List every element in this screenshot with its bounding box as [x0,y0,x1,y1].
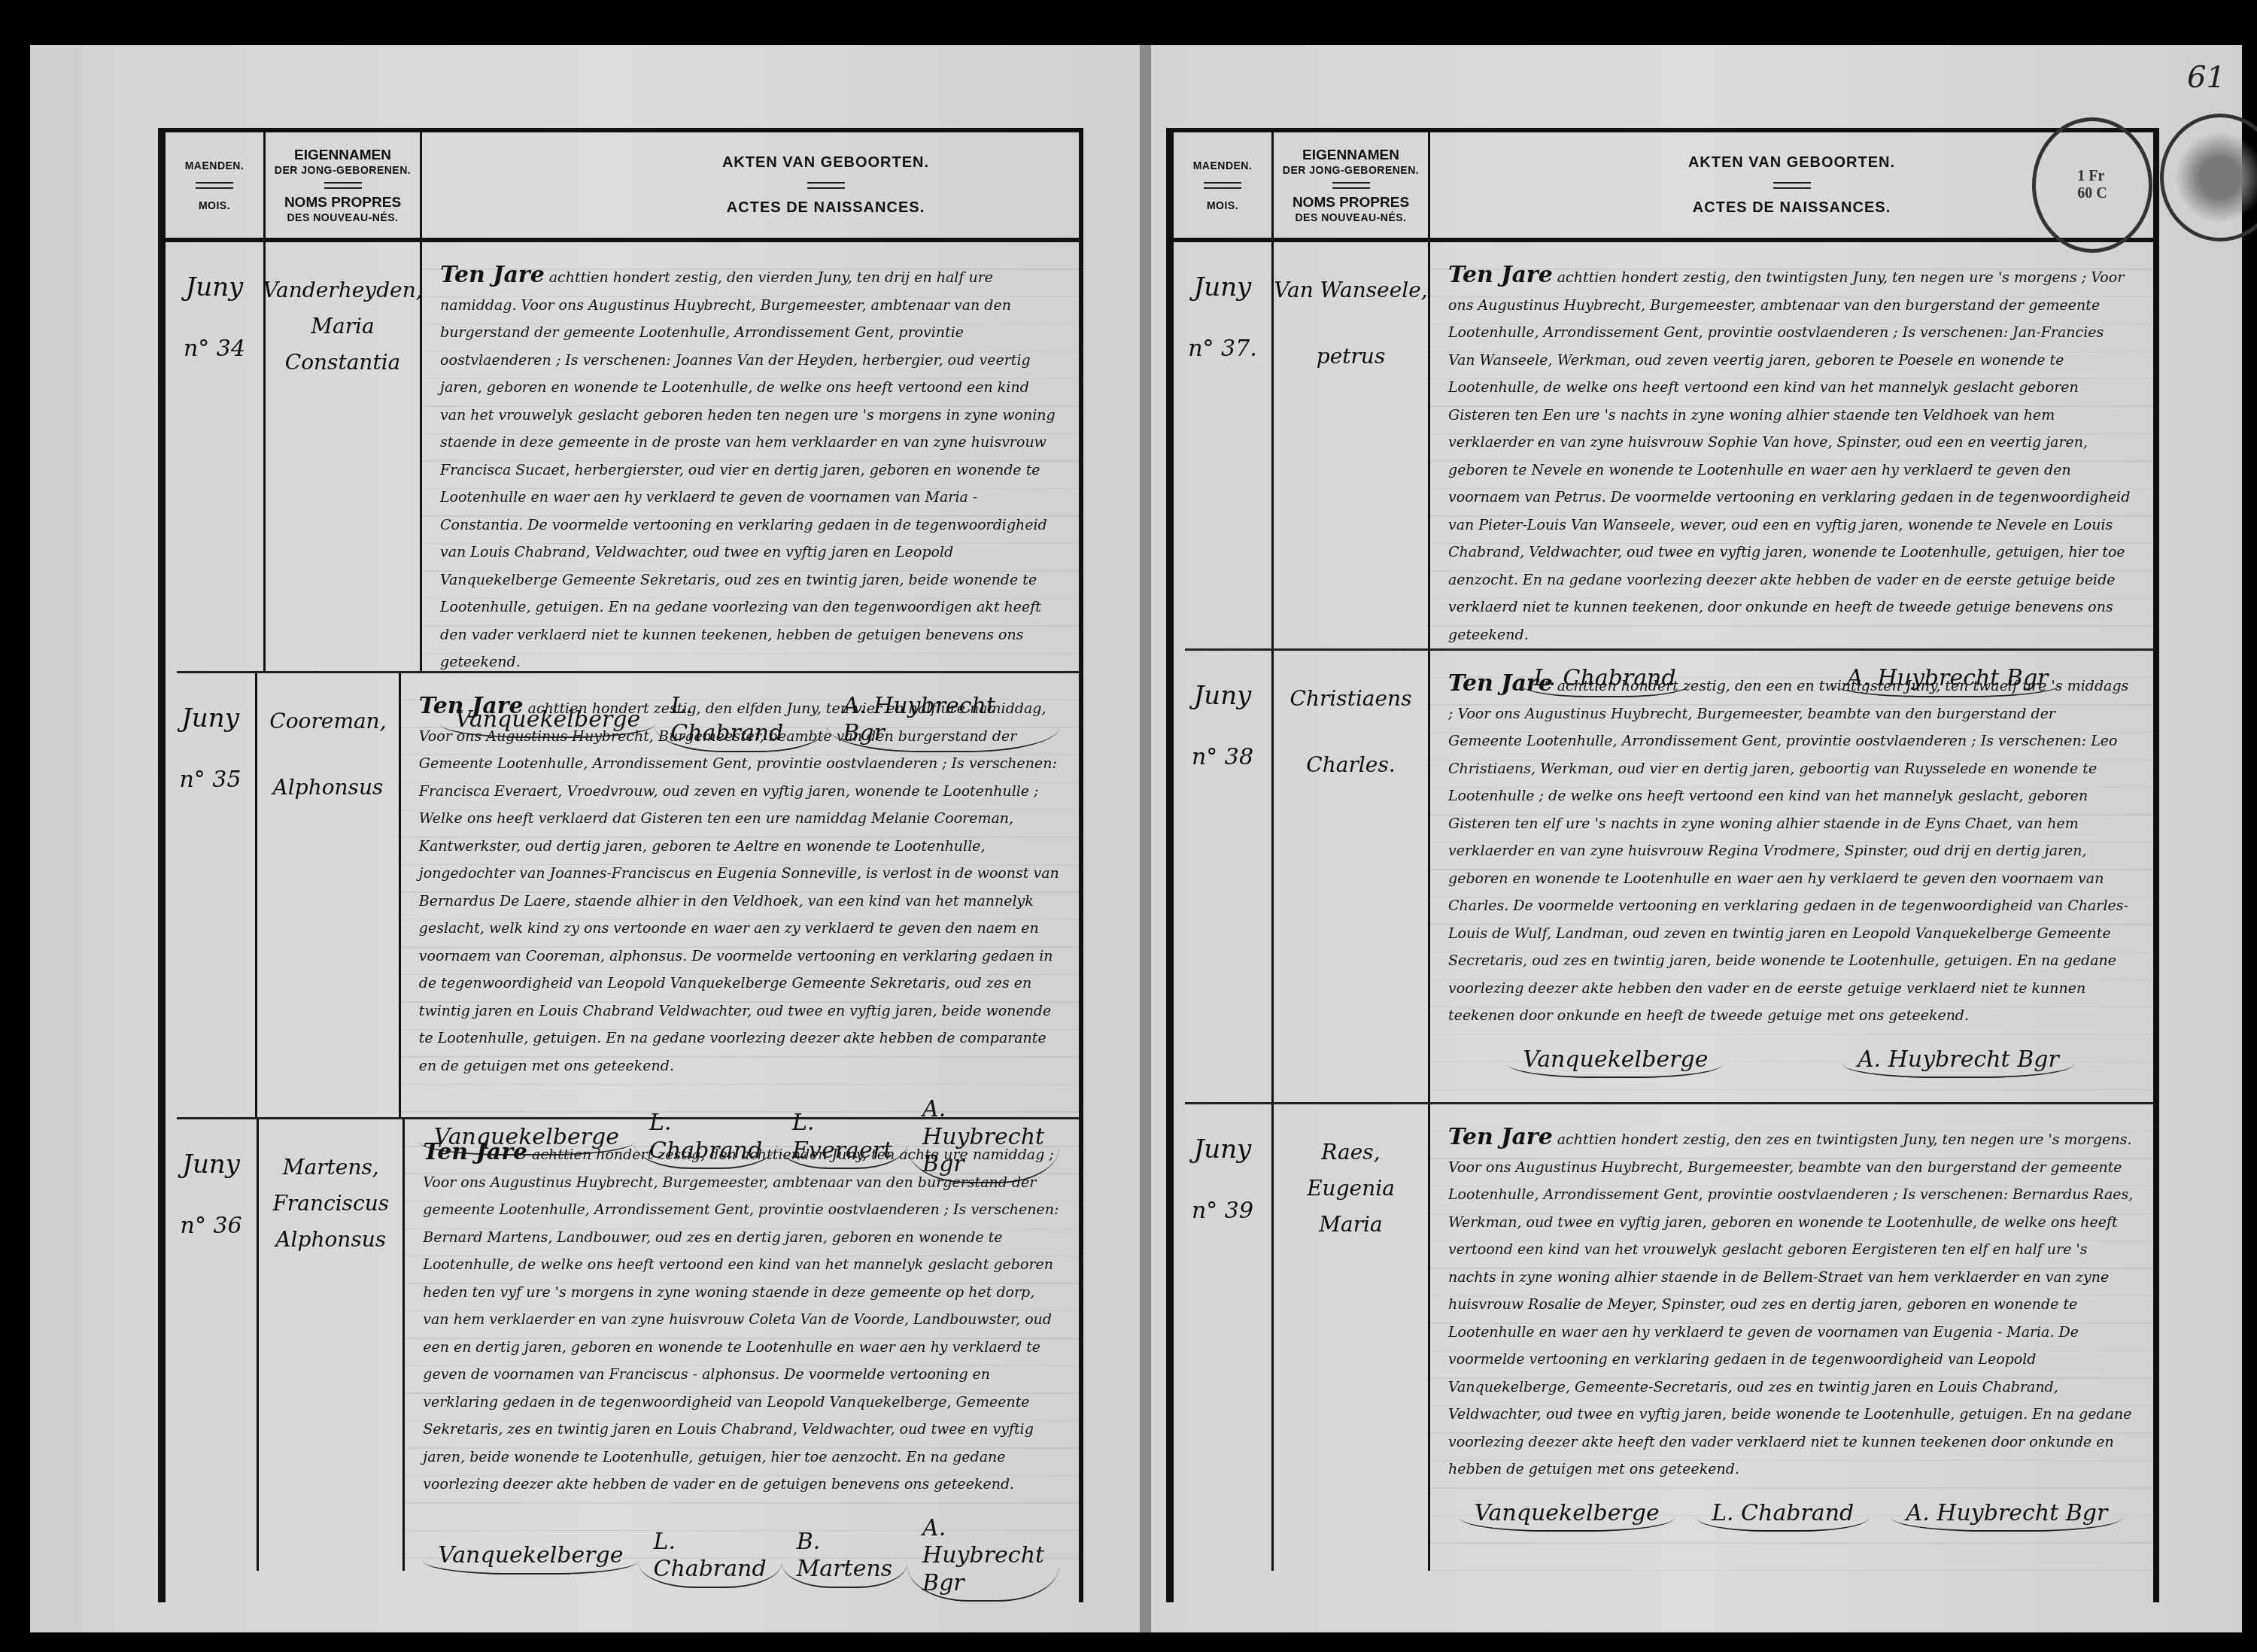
month-cell: Juny n° 36 [166,1119,259,1571]
divider [196,182,233,189]
given-name: petrus [1317,339,1386,375]
surname: Cooreman, [269,703,386,739]
header-names-fr-sub: DES NOUVEAU-NÉS. [287,211,398,223]
left-entries: Juny n° 34 Vanderheyden, Maria Constanti… [166,242,1079,1602]
month: Juny [1194,1134,1252,1165]
header-acts: AKTEN VAN GEBOORTEN. ACTES DE NAISSANCES… [1430,132,2153,238]
table-header: MAENDEN. MOIS. EIGENNAMEN DER JONG-GEBOR… [166,132,1079,242]
signatures: Vanquekelberge L. Chabrand A. Huybrecht … [1448,1497,2134,1532]
act-text: Ten Jare achttien hondert zestig, den ac… [405,1119,1079,1571]
act-text: Ten Jare achttien hondert zestig, den vi… [422,242,1079,671]
month-cell: Juny n° 37. [1174,242,1274,648]
divider [807,182,845,189]
signature: B. Martens [782,1526,907,1588]
record-number: n° 38 [1192,744,1253,770]
official-seal-icon [2160,114,2257,241]
birth-record: Juny n° 34 Vanderheyden, Maria Constanti… [166,242,1079,671]
act-lead: Ten Jare [1448,1124,1553,1150]
header-names: EIGENNAMEN DER JONG-GEBORENEN. NOMS PROP… [1274,132,1430,238]
signature: Vanquekelberge [1460,1497,1675,1532]
act-lead: Ten Jare [423,1139,527,1165]
header-month-fr: MOIS. [199,199,230,211]
signature: A. Huybrecht Bgr [907,1512,1059,1602]
act-lead: Ten Jare [419,693,524,719]
table-header: MAENDEN. MOIS. EIGENNAMEN DER JONG-GEBOR… [1174,132,2153,242]
birth-record: Juny n° 35 Cooreman, Alphonsus Ten Jare … [166,673,1079,1117]
month: Juny [1194,272,1252,302]
record-number: n° 37. [1188,336,1257,362]
month: Juny [181,703,239,733]
divider [1204,182,1241,189]
record-number: n° 34 [184,336,245,362]
tax-stamp-icon: 1 Fr60 C [2032,117,2152,253]
act-body: achttien hondert zestig, den elfden Juny… [419,700,1059,1074]
act-body: achttien hondert zestig, den achttienden… [423,1146,1059,1493]
names-cell: Vanderheyden, Maria Constantia [266,242,422,671]
act-text: Ten Jare achttien hondert zestig, den ee… [1430,651,2153,1102]
act-lead: Ten Jare [1448,670,1553,697]
register-book: MAENDEN. MOIS. EIGENNAMEN DER JONG-GEBOR… [30,45,2242,1632]
act-body: achttien hondert zestig, den vierden Jun… [440,269,1056,670]
act-text: Ten Jare achttien hondert zestig, den tw… [1430,242,2153,648]
left-register-table: MAENDEN. MOIS. EIGENNAMEN DER JONG-GEBOR… [158,128,1083,1602]
given-name: Constantia [285,345,401,381]
header-names-fr: NOMS PROPRES [284,195,401,211]
signature: A. Huybrecht Bgr [1842,1043,2074,1079]
record-number: n° 36 [181,1213,242,1239]
month-cell: Juny n° 34 [166,242,266,671]
act-body: achttien hondert zestig, den twintigsten… [1448,269,2130,643]
record-number: n° 35 [180,767,241,793]
month-cell: Juny n° 39 [1174,1104,1274,1571]
month: Juny [186,272,244,302]
names-cell: Cooreman, Alphonsus [257,673,401,1117]
signature: L. Chabrand [639,1526,782,1588]
header-month: MAENDEN. MOIS. [166,132,266,238]
surname: Martens, [283,1149,379,1186]
given-name: Franciscus [272,1186,389,1222]
surname: Christiaens [1289,681,1411,717]
header-names-nl: EIGENNAMEN [294,147,391,164]
given-name: Alphonsus [273,770,384,806]
divider [324,182,362,189]
header-acts-nl: AKTEN VAN GEBOORTEN. [1688,154,1895,172]
header-month-nl: MAENDEN. [185,159,245,172]
act-text: Ten Jare achttien hondert zestig, den el… [401,673,1079,1117]
header-acts: AKTEN VAN GEBOORTEN. ACTES DE NAISSANCES… [422,132,1079,238]
divider [1332,182,1370,189]
birth-record: Juny n° 37. Van Wanseele, petrus Ten Jar… [1174,242,2153,648]
given-name: Maria [311,308,374,345]
birth-record: Juny n° 39 Raes, Eugenia Maria Ten Jare … [1174,1104,2153,1571]
header-acts-nl: AKTEN VAN GEBOORTEN. [722,154,929,172]
header-names-nl: EIGENNAMEN [1302,147,1399,164]
given-name: Maria [1319,1207,1382,1243]
surname: Vanderheyden, [263,272,422,308]
names-cell: Martens, Franciscus Alphonsus [259,1119,405,1571]
given-name: Alphonsus [275,1222,386,1258]
act-lead: Ten Jare [1448,262,1553,288]
names-cell: Raes, Eugenia Maria [1274,1104,1430,1571]
names-cell: Van Wanseele, petrus [1274,242,1430,648]
record-number: n° 39 [1192,1198,1253,1224]
header-names-fr-sub: DES NOUVEAU-NÉS. [1295,211,1406,223]
month-cell: Juny n° 35 [166,673,257,1117]
act-body: achttien hondert zestig, den zes en twin… [1448,1131,2133,1477]
act-lead: Ten Jare [440,262,545,288]
given-name: Charles. [1306,747,1395,783]
header-acts-fr: ACTES DE NAISSANCES. [727,199,925,217]
names-cell: Christiaens Charles. [1274,651,1430,1102]
signature: A. Huybrecht Bgr [1891,1497,2123,1532]
right-page: 61 MAENDEN. MOIS. EIGENNAMEN DER JONG-GE… [1151,45,2234,1632]
given-name: Eugenia [1307,1171,1395,1207]
signature: L. Chabrand [1697,1497,1869,1532]
left-page: MAENDEN. MOIS. EIGENNAMEN DER JONG-GEBOR… [83,45,1136,1632]
surname: Raes, [1321,1134,1380,1171]
surname: Van Wanseele, [1274,272,1427,308]
right-register-table: MAENDEN. MOIS. EIGENNAMEN DER JONG-GEBOR… [1166,128,2159,1602]
act-text: Ten Jare achttien hondert zestig, den ze… [1430,1104,2153,1571]
header-names-nl-sub: DER JONG-GEBORENEN. [275,164,411,176]
signatures: Vanquekelberge A. Huybrecht Bgr [1448,1043,2134,1079]
signatures: Vanquekelberge L. Chabrand B. Martens A.… [423,1512,1059,1602]
header-month: MAENDEN. MOIS. [1174,132,1274,238]
birth-record: Juny n° 36 Martens, Franciscus Alphonsus… [166,1119,1079,1571]
month: Juny [1194,681,1252,711]
header-names-fr: NOMS PROPRES [1293,195,1409,211]
right-entries: Juny n° 37. Van Wanseele, petrus Ten Jar… [1174,242,2153,1602]
month-cell: Juny n° 38 [1174,651,1274,1102]
act-body: achttien hondert zestig, den een en twin… [1448,678,2128,1024]
header-month-fr: MOIS. [1207,199,1238,211]
header-names-nl-sub: DER JONG-GEBORENEN. [1283,164,1419,176]
divider [1773,182,1811,189]
month: Juny [182,1149,240,1180]
header-acts-fr: ACTES DE NAISSANCES. [1693,199,1891,217]
header-month-nl: MAENDEN. [1193,159,1253,172]
folio-number: 61 [2187,60,2225,95]
birth-record: Juny n° 38 Christiaens Charles. Ten Jare… [1174,651,2153,1102]
signature: Vanquekelberge [423,1539,638,1575]
header-names: EIGENNAMEN DER JONG-GEBORENEN. NOMS PROP… [266,132,422,238]
signature: Vanquekelberge [1508,1043,1723,1079]
